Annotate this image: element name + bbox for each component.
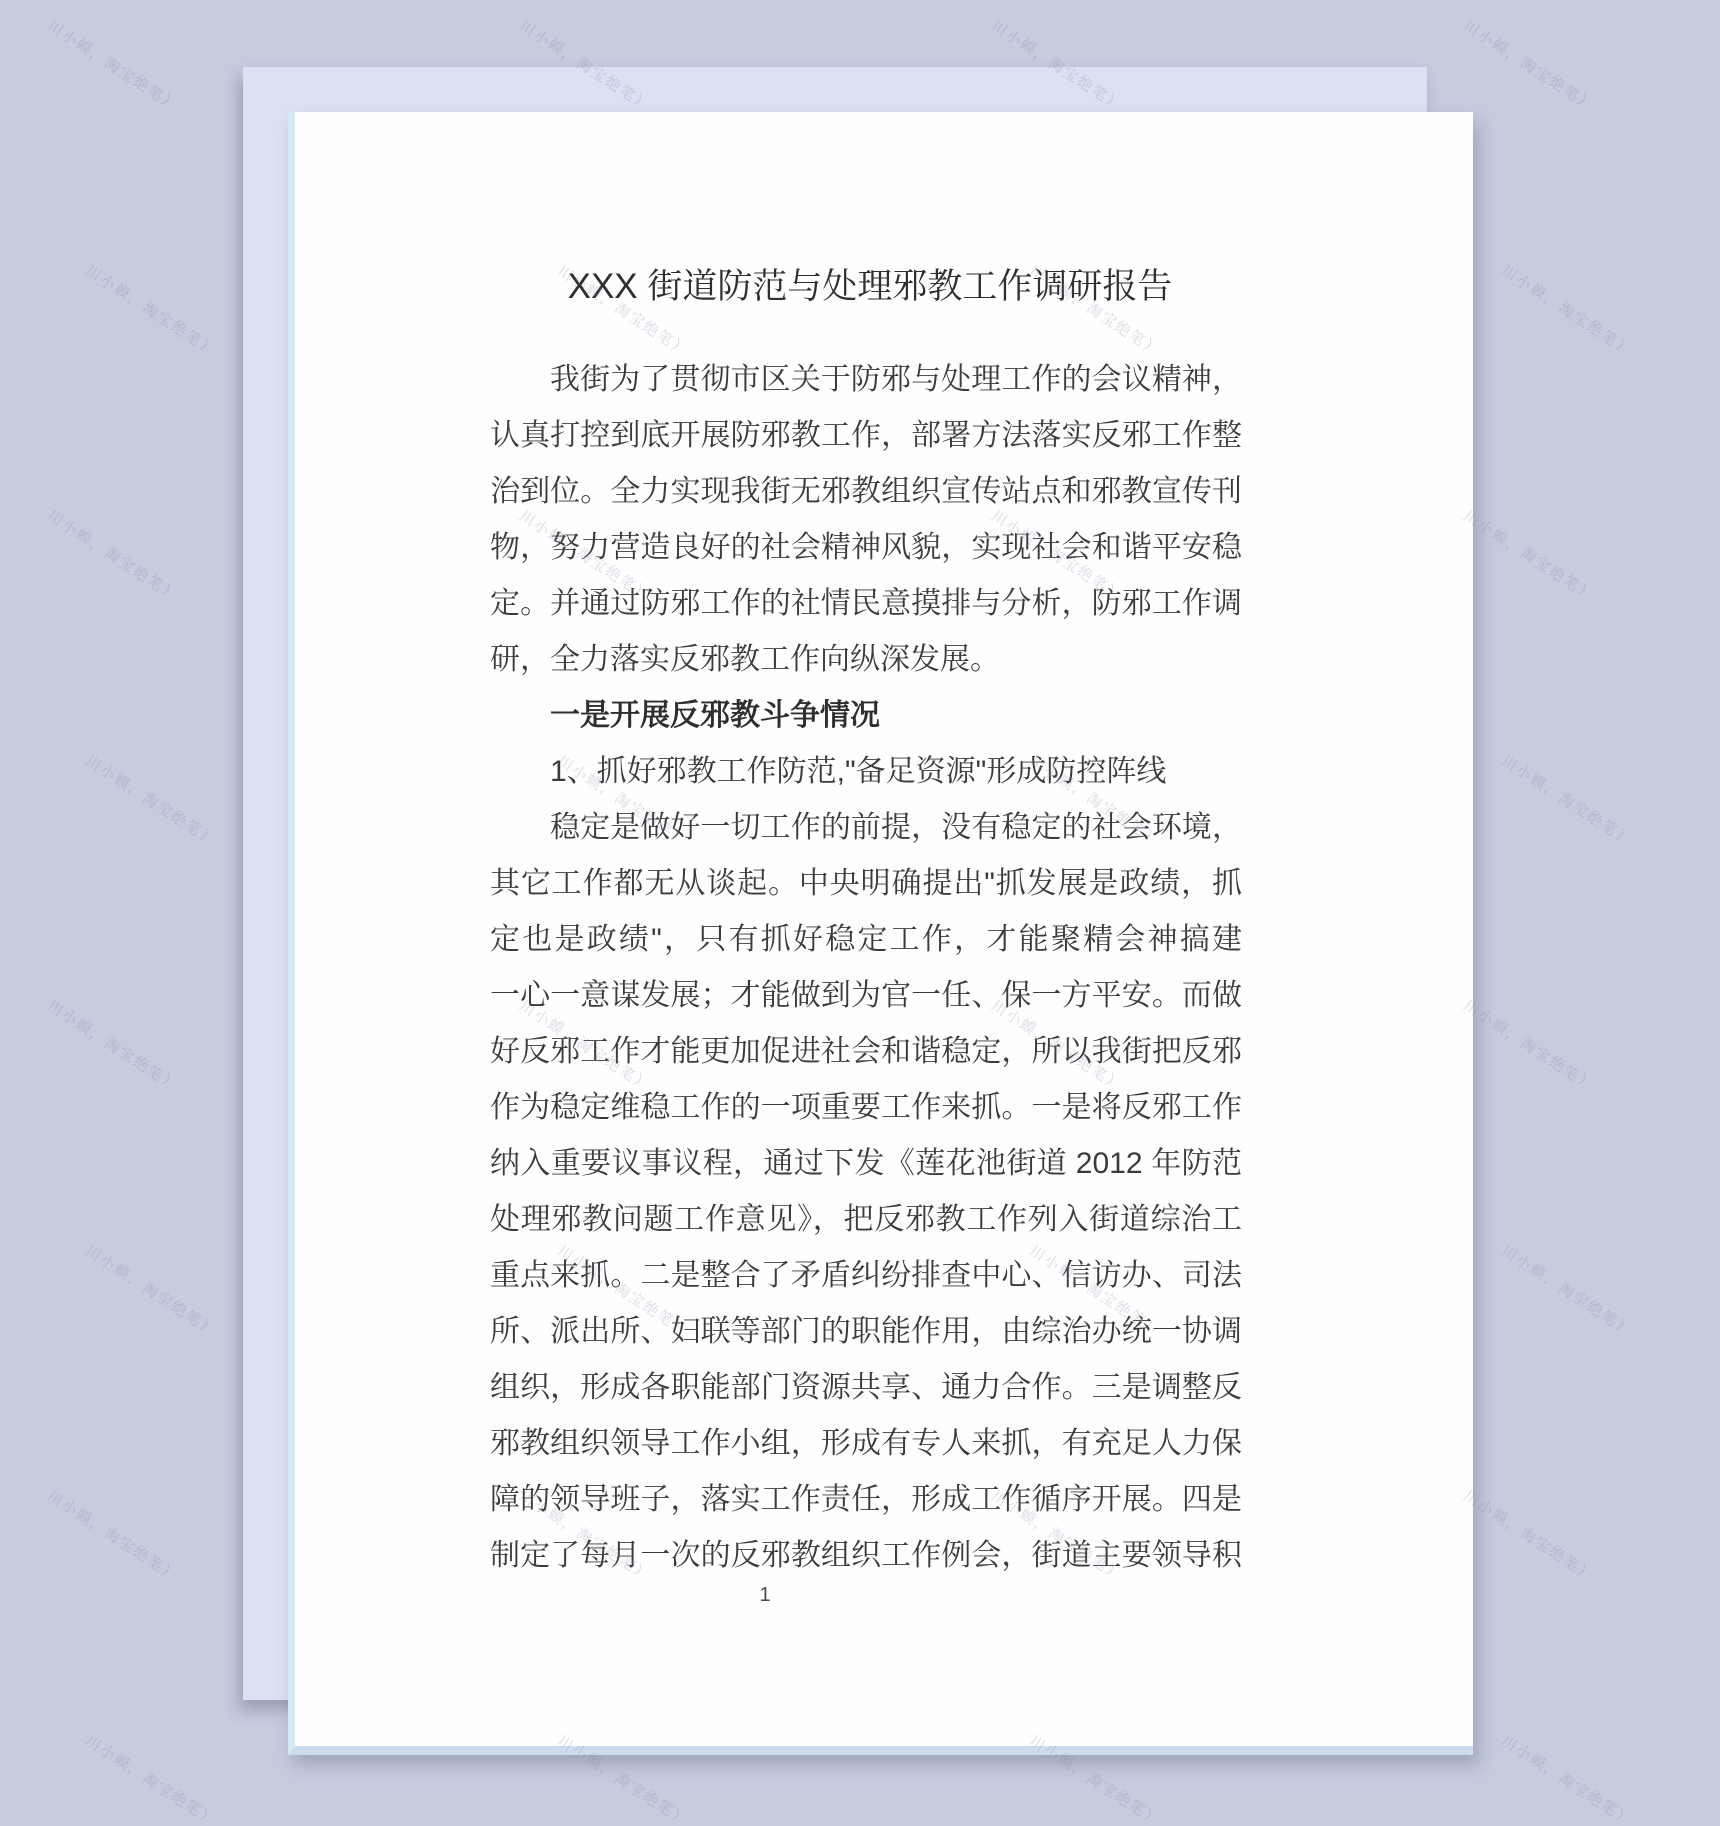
body-line: 认真打控到底开展防邪教工作，部署方法落实反邪工作整 bbox=[490, 408, 1242, 464]
document-title: XXX 街道防范与处理邪教工作调研报告 bbox=[435, 262, 1305, 312]
watermark-text: 川小蟆，淘宝绝笔） bbox=[1460, 505, 1600, 606]
watermark-text: 川小蟆，淘宝绝笔） bbox=[1460, 1485, 1600, 1586]
body-line: 纳入重要议事议程，通过下发《莲花池街道 2012 年防范和 bbox=[490, 1136, 1242, 1192]
body-line: 物，努力营造良好的社会精神风貌，实现社会和谐平安稳 bbox=[490, 520, 1242, 576]
watermark-text: 川小蟆，淘宝绝笔） bbox=[1498, 1730, 1638, 1826]
body-line: 处理邪教问题工作意见》，把反邪教工作列入街道综治工作 bbox=[490, 1192, 1242, 1248]
watermark-text: 川小蟆，淘宝绝笔） bbox=[82, 1240, 222, 1341]
body-line: 定。并通过防邪工作的社情民意摸排与分析，防邪工作调 bbox=[490, 576, 1242, 632]
watermark-text: 川小蟆，淘宝绝笔） bbox=[82, 750, 222, 851]
watermark-text: 川小蟆，淘宝绝笔） bbox=[1498, 260, 1638, 361]
watermark-text: 川小蟆，淘宝绝笔） bbox=[1460, 15, 1600, 116]
body-line: 组织，形成各职能部门资源共享、通力合作。三是调整反 bbox=[490, 1360, 1242, 1416]
body-line: 制定了每月一次的反邪教组织工作例会，街道主要领导积 bbox=[490, 1528, 1242, 1584]
watermark-text: 川小蟆，淘宝绝笔） bbox=[1498, 1240, 1638, 1341]
sub-heading: 1、抓好邪教工作防范,"备足资源"形成防控阵线 bbox=[490, 744, 1242, 800]
watermark-text: 川小蟆，淘宝绝笔） bbox=[44, 1485, 184, 1586]
body-line: 重点来抓。二是整合了矛盾纠纷排查中心、信访办、司法 bbox=[490, 1248, 1242, 1304]
body-line: 研，全力落实反邪教工作向纵深发展。 bbox=[490, 632, 1242, 688]
body-line: 好反邪工作才能更加促进社会和谐稳定，所以我街把反邪 bbox=[490, 1024, 1242, 1080]
body-line: 障的领导班子，落实工作责任，形成工作循序开展。四是 bbox=[490, 1472, 1242, 1528]
body-line: 邪教组织领导工作小组，形成有专人来抓，有充足人力保 bbox=[490, 1416, 1242, 1472]
document-page: XXX 街道防范与处理邪教工作调研报告 我街为了贯彻市区关于防邪与处理工作的会议… bbox=[288, 112, 1473, 1755]
body-line: 所、派出所、妇联等部门的职能作用，由综治办统一协调 bbox=[490, 1304, 1242, 1360]
page-number: 1 bbox=[715, 1580, 815, 1610]
watermark-text: 川小蟆，淘宝绝笔） bbox=[1498, 750, 1638, 851]
watermark-text: 川小蟆，淘宝绝笔） bbox=[1460, 995, 1600, 1096]
watermark-text: 川小蟆，淘宝绝笔） bbox=[44, 15, 184, 116]
body-line: 其它工作都无从谈起。中央明确提出"抓发展是政绩，抓稳 bbox=[490, 856, 1242, 912]
watermark-text: 川小蟆，淘宝绝笔） bbox=[44, 505, 184, 606]
section-heading: 一是开展反邪教斗争情况 bbox=[490, 688, 1242, 744]
body-line: 定也是政绩"，只有抓好稳定工作，才能聚精会神搞建设， bbox=[490, 912, 1242, 968]
document-body: 我街为了贯彻市区关于防邪与处理工作的会议精神， 认真打控到底开展防邪教工作，部署… bbox=[490, 352, 1242, 1584]
desktop-background: XXX 街道防范与处理邪教工作调研报告 我街为了贯彻市区关于防邪与处理工作的会议… bbox=[0, 0, 1720, 1826]
watermark-text: 川小蟆，淘宝绝笔） bbox=[82, 260, 222, 361]
body-line: 治到位。全力实现我街无邪教组织宣传站点和邪教宣传刊 bbox=[490, 464, 1242, 520]
body-line: 作为稳定维稳工作的一项重要工作来抓。一是将反邪工作 bbox=[490, 1080, 1242, 1136]
body-line: 一心一意谋发展；才能做到为官一任、保一方平安。而做 bbox=[490, 968, 1242, 1024]
watermark-text: 川小蟆，淘宝绝笔） bbox=[44, 995, 184, 1096]
watermark-text: 川小蟆，淘宝绝笔） bbox=[82, 1730, 222, 1826]
body-line: 稳定是做好一切工作的前提，没有稳定的社会环境， bbox=[490, 800, 1242, 856]
body-line: 我街为了贯彻市区关于防邪与处理工作的会议精神， bbox=[490, 352, 1242, 408]
